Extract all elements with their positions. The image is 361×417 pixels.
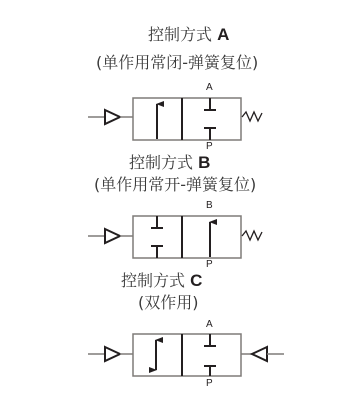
valve-symbol-c <box>88 334 284 376</box>
valve-symbol-b <box>88 216 262 258</box>
valve-body <box>133 98 241 140</box>
valve-diagrams <box>0 0 361 417</box>
pilot-triangle-icon <box>105 229 120 243</box>
pilot-triangle-right-icon <box>252 347 267 361</box>
valve-symbol-a <box>88 98 262 140</box>
spring-icon <box>242 112 262 121</box>
valve-body <box>133 216 241 258</box>
pilot-triangle-icon <box>105 110 120 124</box>
valve-body <box>133 334 241 376</box>
spring-icon <box>242 231 262 240</box>
pilot-triangle-icon <box>105 347 120 361</box>
